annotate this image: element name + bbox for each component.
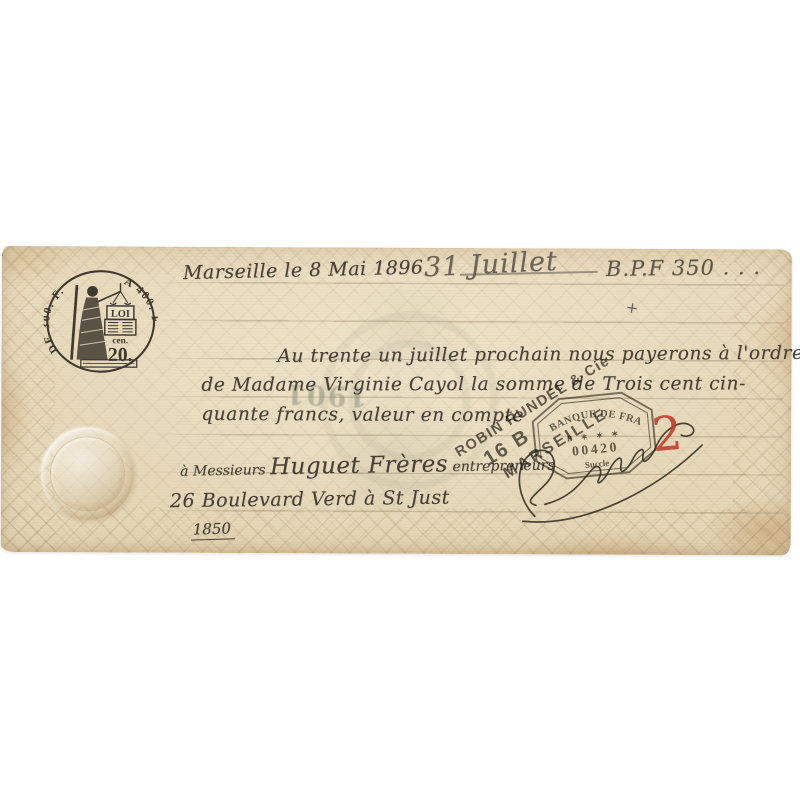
tax-stamp-icon: DE 300. F. A 400. F LOI cen. 20. (43, 268, 157, 374)
promissory-note-document: 1901 DE 300. F. A 400. F (1, 246, 792, 555)
body-line-1: Au trente un juillet prochain nous payer… (277, 343, 800, 367)
svg-text:20.: 20. (108, 344, 133, 366)
cross-mark: + (625, 298, 640, 318)
year-note: 1850 (190, 519, 235, 540)
body-line-3: quante francs, valeur en compte (201, 404, 524, 426)
due-date-pencil: 31 Juillet (423, 246, 558, 283)
date-line: Marseille le 8 Mai 1896 (183, 256, 424, 284)
addressee-prefix: à Messieurs (180, 462, 266, 479)
tax-stamp-value-panel: LOI cen. 20. (105, 306, 136, 366)
verso-showthrough-ornament (287, 287, 532, 514)
lattice-border-right (733, 249, 792, 555)
amount-pencil: B.P.F 350 . . . (606, 255, 761, 281)
svg-text:LOI: LOI (111, 309, 130, 320)
address-line: 26 Boulevard Verd à St Just (170, 487, 450, 513)
signature-flourish (505, 408, 716, 529)
addressee-name: Huguet Frères (270, 451, 448, 480)
addressee-line: à Messieurs Huguet Frères entrepreneurs (180, 449, 555, 481)
body-line-2: de Madame Virginie Cayol la somme de Tro… (201, 373, 746, 395)
tax-stamp-arc-left: DE 300. F. (43, 285, 67, 356)
svg-text:DE 300. F.: DE 300. F. (43, 285, 67, 356)
embossed-seal (41, 427, 134, 520)
red-check-mark: 2 (650, 406, 684, 463)
